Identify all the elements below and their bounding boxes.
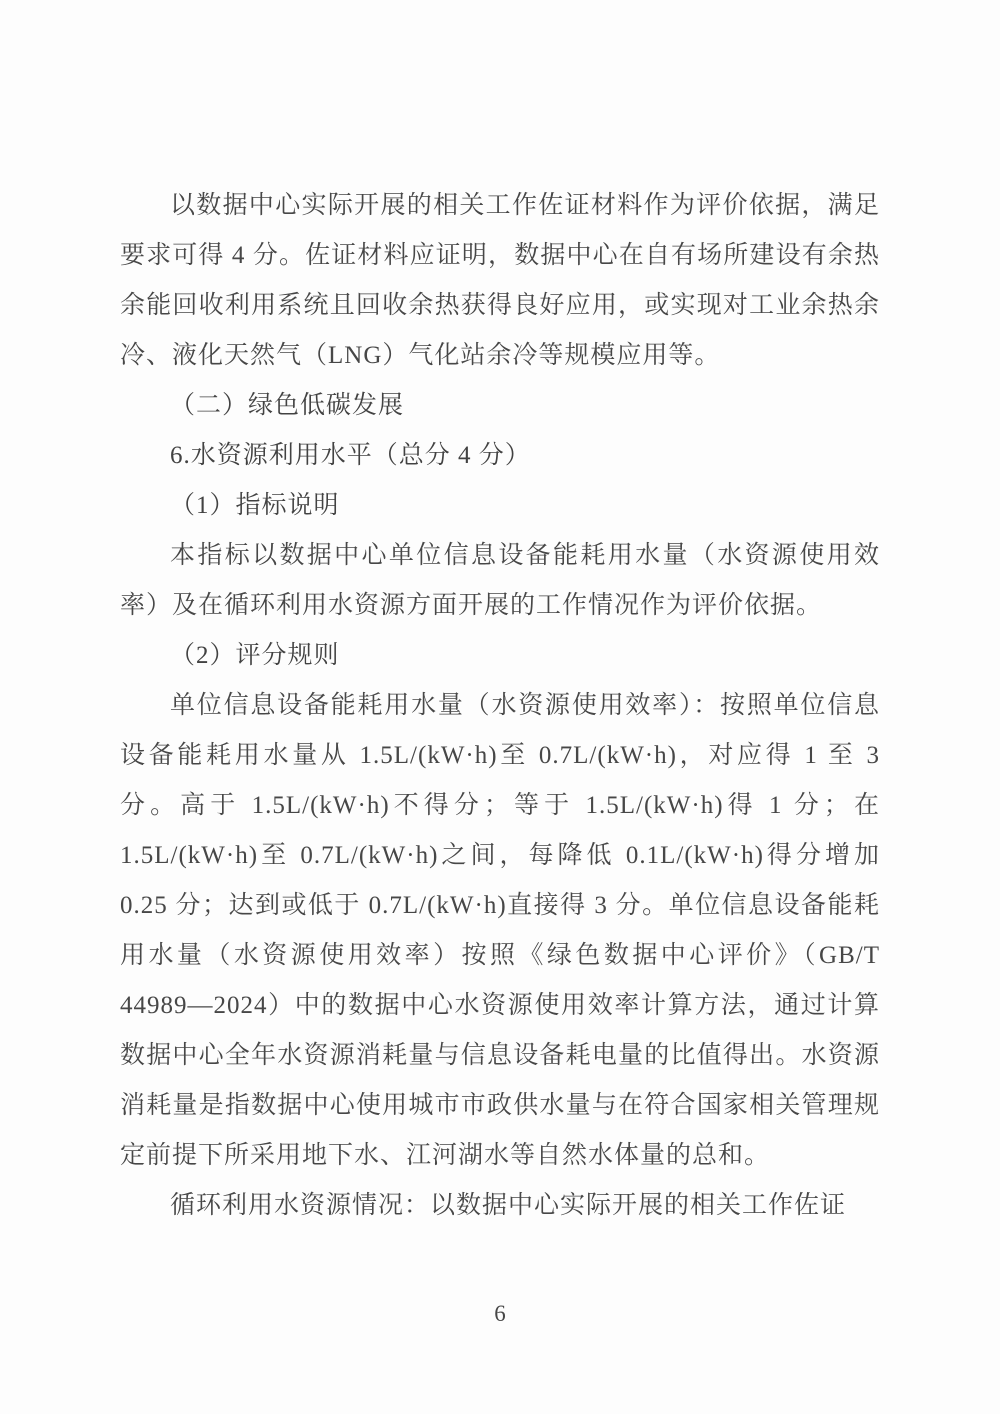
document-page: 以数据中心实际开展的相关工作佐证材料作为评价依据，满足要求可得 4 分。佐证材料… bbox=[0, 0, 1000, 1414]
page-number: 6 bbox=[0, 1296, 1000, 1332]
item-heading-indicator-description: （1）指标说明 bbox=[120, 481, 880, 531]
section-heading-green-low-carbon: （二）绿色低碳发展 bbox=[120, 381, 880, 431]
item-heading-scoring-rules: （2）评分规则 bbox=[120, 631, 880, 681]
paragraph-recycled-water: 循环利用水资源情况：以数据中心实际开展的相关工作佐证 bbox=[120, 1181, 880, 1231]
paragraph-scoring-rules: 单位信息设备能耗用水量（水资源使用效率）：按照单位信息设备能耗用水量从 1.5L… bbox=[120, 681, 880, 1181]
paragraph-indicator-description: 本指标以数据中心单位信息设备能耗用水量（水资源使用效率）及在循环利用水资源方面开… bbox=[120, 531, 880, 631]
subsection-heading-water-resource-level: 6.水资源利用水平（总分 4 分） bbox=[120, 431, 880, 481]
paragraph-waste-heat-scoring: 以数据中心实际开展的相关工作佐证材料作为评价依据，满足要求可得 4 分。佐证材料… bbox=[120, 181, 880, 381]
document-body: 以数据中心实际开展的相关工作佐证材料作为评价依据，满足要求可得 4 分。佐证材料… bbox=[120, 181, 880, 1231]
